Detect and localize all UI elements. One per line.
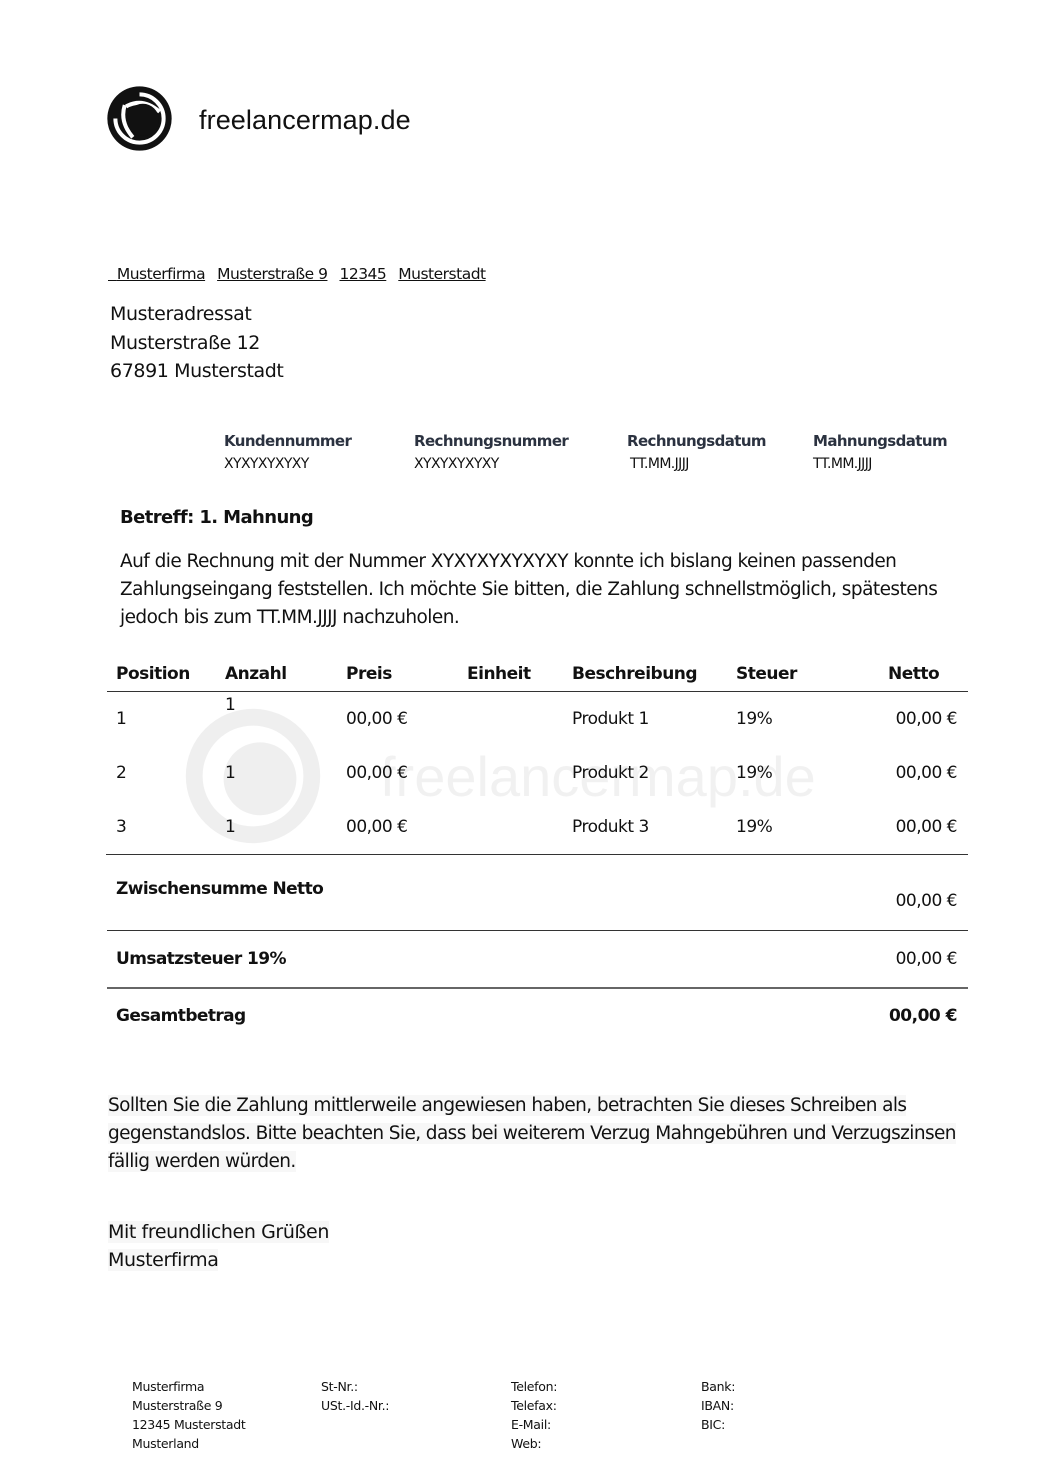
body-line: jedoch bis zum TT.MM.JJJJ nachzuholen. bbox=[120, 604, 940, 632]
vat-label: Umsatzsteuer 19% bbox=[116, 949, 286, 969]
footer-bank: Bank: IBAN: BIC: bbox=[701, 1377, 735, 1434]
row-3-net: 00,00 € bbox=[896, 817, 957, 837]
col-header-description: Beschreibung bbox=[572, 664, 697, 684]
watermark-logo-icon bbox=[183, 706, 323, 846]
footer-fax: Telefax: bbox=[511, 1396, 557, 1415]
col-header-price: Preis bbox=[346, 664, 392, 684]
table-header-divider bbox=[107, 691, 968, 692]
row-1-tax: 19% bbox=[736, 709, 772, 729]
sender-street: Musterstraße 9 bbox=[217, 265, 327, 283]
recipient-name: Musteradressat bbox=[110, 300, 283, 329]
row-2-description: Produkt 2 bbox=[572, 763, 649, 783]
col-header-tax: Steuer bbox=[736, 664, 797, 684]
footer-tax: St-Nr.: USt.-Id.-Nr.: bbox=[321, 1377, 389, 1415]
footer-company: Musterfirma bbox=[132, 1377, 246, 1396]
subtotal-label: Zwischensumme Netto bbox=[116, 879, 323, 899]
footer-address: Musterfirma Musterstraße 9 12345 Musters… bbox=[132, 1377, 246, 1453]
meta-label: Rechnungsnummer bbox=[414, 431, 568, 451]
footer-bank-name: Bank: bbox=[701, 1377, 735, 1396]
meta-value: TT.MM.JJJJ bbox=[627, 454, 766, 474]
col-header-position: Position bbox=[116, 664, 190, 684]
closing-line: Sollten Sie die Zahlung mittlerweile ang… bbox=[108, 1095, 906, 1116]
sender-address-line: MusterfirmaMusterstraße 912345Musterstad… bbox=[108, 247, 498, 283]
signoff: Mit freundlichen Grüßen Musterfirma bbox=[108, 1218, 329, 1274]
vat-value: 00,00 € bbox=[896, 949, 957, 969]
meta-value: XYXYXYXYXY bbox=[224, 454, 351, 474]
table-body-divider bbox=[106, 854, 968, 855]
col-header-net: Netto bbox=[888, 664, 939, 684]
signature: Musterfirma bbox=[108, 1249, 218, 1271]
footer-vat-id: USt.-Id.-Nr.: bbox=[321, 1396, 389, 1415]
row-1-quantity: 1 bbox=[225, 695, 235, 715]
footer-contact: Telefon: Telefax: E-Mail: Web: bbox=[511, 1377, 557, 1453]
total-value: 00,00 € bbox=[889, 1006, 957, 1026]
row-2-quantity: 1 bbox=[225, 763, 235, 783]
recipient-city: 67891 Musterstadt bbox=[110, 357, 283, 386]
meta-invoice-date: Rechnungsdatum TT.MM.JJJJ bbox=[627, 431, 766, 474]
row-2-price: 00,00 € bbox=[346, 763, 407, 783]
row-3-position: 3 bbox=[116, 817, 126, 837]
row-3-description: Produkt 3 bbox=[572, 817, 649, 837]
row-1-position: 1 bbox=[116, 709, 126, 729]
footer-country: Musterland bbox=[132, 1434, 246, 1453]
col-header-quantity: Anzahl bbox=[225, 664, 287, 684]
row-2-net: 00,00 € bbox=[896, 763, 957, 783]
recipient-address: Musteradressat Musterstraße 12 67891 Mus… bbox=[110, 300, 283, 386]
closing-line: fällig werden würden. bbox=[108, 1151, 296, 1172]
greeting: Mit freundlichen Grüßen bbox=[108, 1221, 329, 1243]
closing-paragraph: Sollten Sie die Zahlung mittlerweile ang… bbox=[108, 1092, 968, 1176]
row-2-tax: 19% bbox=[736, 763, 772, 783]
meta-label: Rechnungsdatum bbox=[627, 431, 766, 451]
meta-invoice-number: Rechnungsnummer XYXYXYXYXY bbox=[414, 431, 568, 474]
row-2-position: 2 bbox=[116, 763, 126, 783]
total-label: Gesamtbetrag bbox=[116, 1006, 246, 1026]
meta-label: Mahnungsdatum bbox=[813, 431, 947, 451]
row-1-price: 00,00 € bbox=[346, 709, 407, 729]
subtotal-value: 00,00 € bbox=[896, 891, 957, 911]
brand-name: freelancermap.de bbox=[199, 105, 411, 136]
closing-line: gegenstandslos. Bitte beachten Sie, dass… bbox=[108, 1123, 956, 1144]
vat-divider bbox=[107, 987, 968, 989]
footer-web: Web: bbox=[511, 1434, 557, 1453]
freelancermap-logo-icon bbox=[106, 85, 173, 152]
row-1-net: 00,00 € bbox=[896, 709, 957, 729]
row-1-description: Produkt 1 bbox=[572, 709, 649, 729]
subject-line: Betreff: 1. Mahnung bbox=[120, 507, 313, 528]
sender-company: Musterfirma bbox=[117, 265, 205, 283]
sender-zip: 12345 bbox=[339, 265, 386, 283]
meta-customer-number: Kundennummer XYXYXYXYXY bbox=[224, 431, 351, 474]
footer-city: 12345 Musterstadt bbox=[132, 1415, 246, 1434]
footer-email: E-Mail: bbox=[511, 1415, 557, 1434]
body-paragraph: Auf die Rechnung mit der Nummer XYXYXYXY… bbox=[120, 548, 940, 632]
row-3-price: 00,00 € bbox=[346, 817, 407, 837]
meta-value: XYXYXYXYXY bbox=[414, 454, 568, 474]
footer-tax-number: St-Nr.: bbox=[321, 1377, 389, 1396]
meta-reminder-date: Mahnungsdatum TT.MM.JJJJ bbox=[813, 431, 947, 474]
row-3-quantity: 1 bbox=[225, 817, 235, 837]
col-header-unit: Einheit bbox=[467, 664, 531, 684]
body-line: Zahlungseingang feststellen. Ich möchte … bbox=[120, 576, 940, 604]
meta-label: Kundennummer bbox=[224, 431, 351, 451]
row-3-tax: 19% bbox=[736, 817, 772, 837]
footer-iban: IBAN: bbox=[701, 1396, 735, 1415]
recipient-street: Musterstraße 12 bbox=[110, 329, 283, 358]
sender-city: Musterstadt bbox=[398, 265, 485, 283]
body-line: Auf die Rechnung mit der Nummer XYXYXYXY… bbox=[120, 548, 940, 576]
footer-street: Musterstraße 9 bbox=[132, 1396, 246, 1415]
footer-phone: Telefon: bbox=[511, 1377, 557, 1396]
footer-bic: BIC: bbox=[701, 1415, 735, 1434]
subtotal-divider bbox=[107, 930, 968, 931]
meta-value: TT.MM.JJJJ bbox=[813, 454, 947, 474]
